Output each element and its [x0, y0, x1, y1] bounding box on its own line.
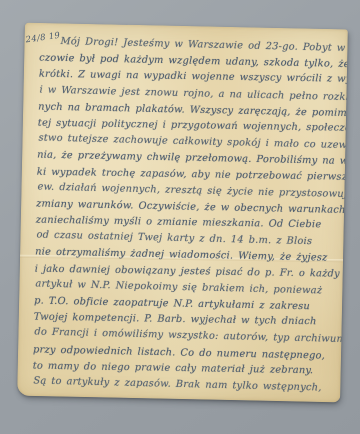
letter-text-block: Mój Drogi! Jesteśmy w Warszawie od 23-go…	[17, 23, 348, 403]
photo-background: { "scene": { "description": "Scanned pho…	[0, 0, 360, 434]
letter-paper: 24/8 19 Mój Drogi! Jesteśmy w Warszawie …	[17, 23, 348, 403]
